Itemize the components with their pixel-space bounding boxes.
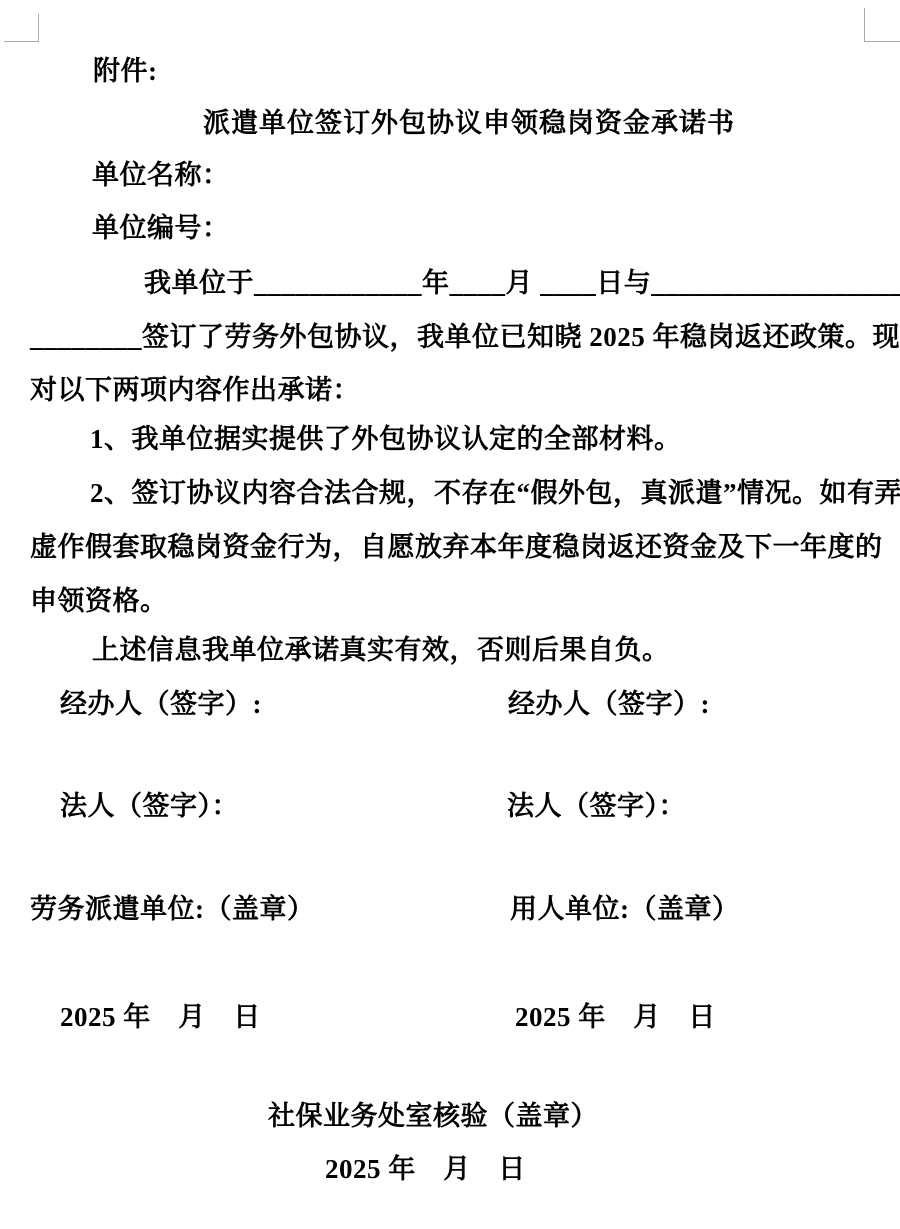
page-corner-mark-top-right <box>864 8 900 42</box>
signature-date-right: 2025 年 月 日 <box>515 1004 716 1031</box>
closing-statement: 上述信息我单位承诺真实有效，否则后果自负。 <box>92 637 670 664</box>
dispatch-unit-seal-label: 劳务派遣单位:（盖章） <box>30 896 315 923</box>
commitment-item-2-line-3: 申领资格。 <box>30 588 168 615</box>
attachment-label: 附件: <box>93 58 158 85</box>
commitment-item-2-line-1: 2、签订协议内容合法合规，不存在“假外包，真派遣”情况。如有弄 <box>90 480 900 507</box>
handler-signature-label-left: 经办人（签字）: <box>60 691 262 718</box>
verification-date: 2025 年 月 日 <box>325 1156 526 1183</box>
body-paragraph-line-2: ________签订了劳务外包协议，我单位已知晓 2025 年稳岗返还政策。现 <box>30 324 900 351</box>
body-paragraph-line-1: 我单位于____________年____月 ____日与___________… <box>144 270 900 297</box>
commitment-item-1: 1、我单位据实提供了外包协议认定的全部材料。 <box>90 426 682 453</box>
page-corner-mark-top-left <box>4 14 39 42</box>
document-page: 附件: 派遣单位签订外包协议申领稳岗资金承诺书 单位名称： 单位编号： 我单位于… <box>0 0 900 1229</box>
employer-unit-seal-label: 用人单位:（盖章） <box>510 896 740 923</box>
verification-label: 社保业务处室核验（盖章） <box>268 1103 598 1130</box>
signature-date-left: 2025 年 月 日 <box>60 1004 261 1031</box>
body-paragraph-line-3: 对以下两项内容作出承诺： <box>30 377 360 404</box>
legal-signature-label-right: 法人（签字）： <box>507 793 686 820</box>
commitment-item-2-line-2: 虚作假套取稳岗资金行为，自愿放弃本年度稳岗返还资金及下一年度的 <box>30 534 883 561</box>
legal-signature-label-left: 法人（签字）： <box>60 793 239 820</box>
document-title: 派遣单位签订外包协议申领稳岗资金承诺书 <box>0 110 900 137</box>
unit-name-label: 单位名称： <box>92 162 230 189</box>
handler-signature-label-right: 经办人（签字）: <box>508 691 710 718</box>
unit-code-label: 单位编号： <box>92 215 230 242</box>
